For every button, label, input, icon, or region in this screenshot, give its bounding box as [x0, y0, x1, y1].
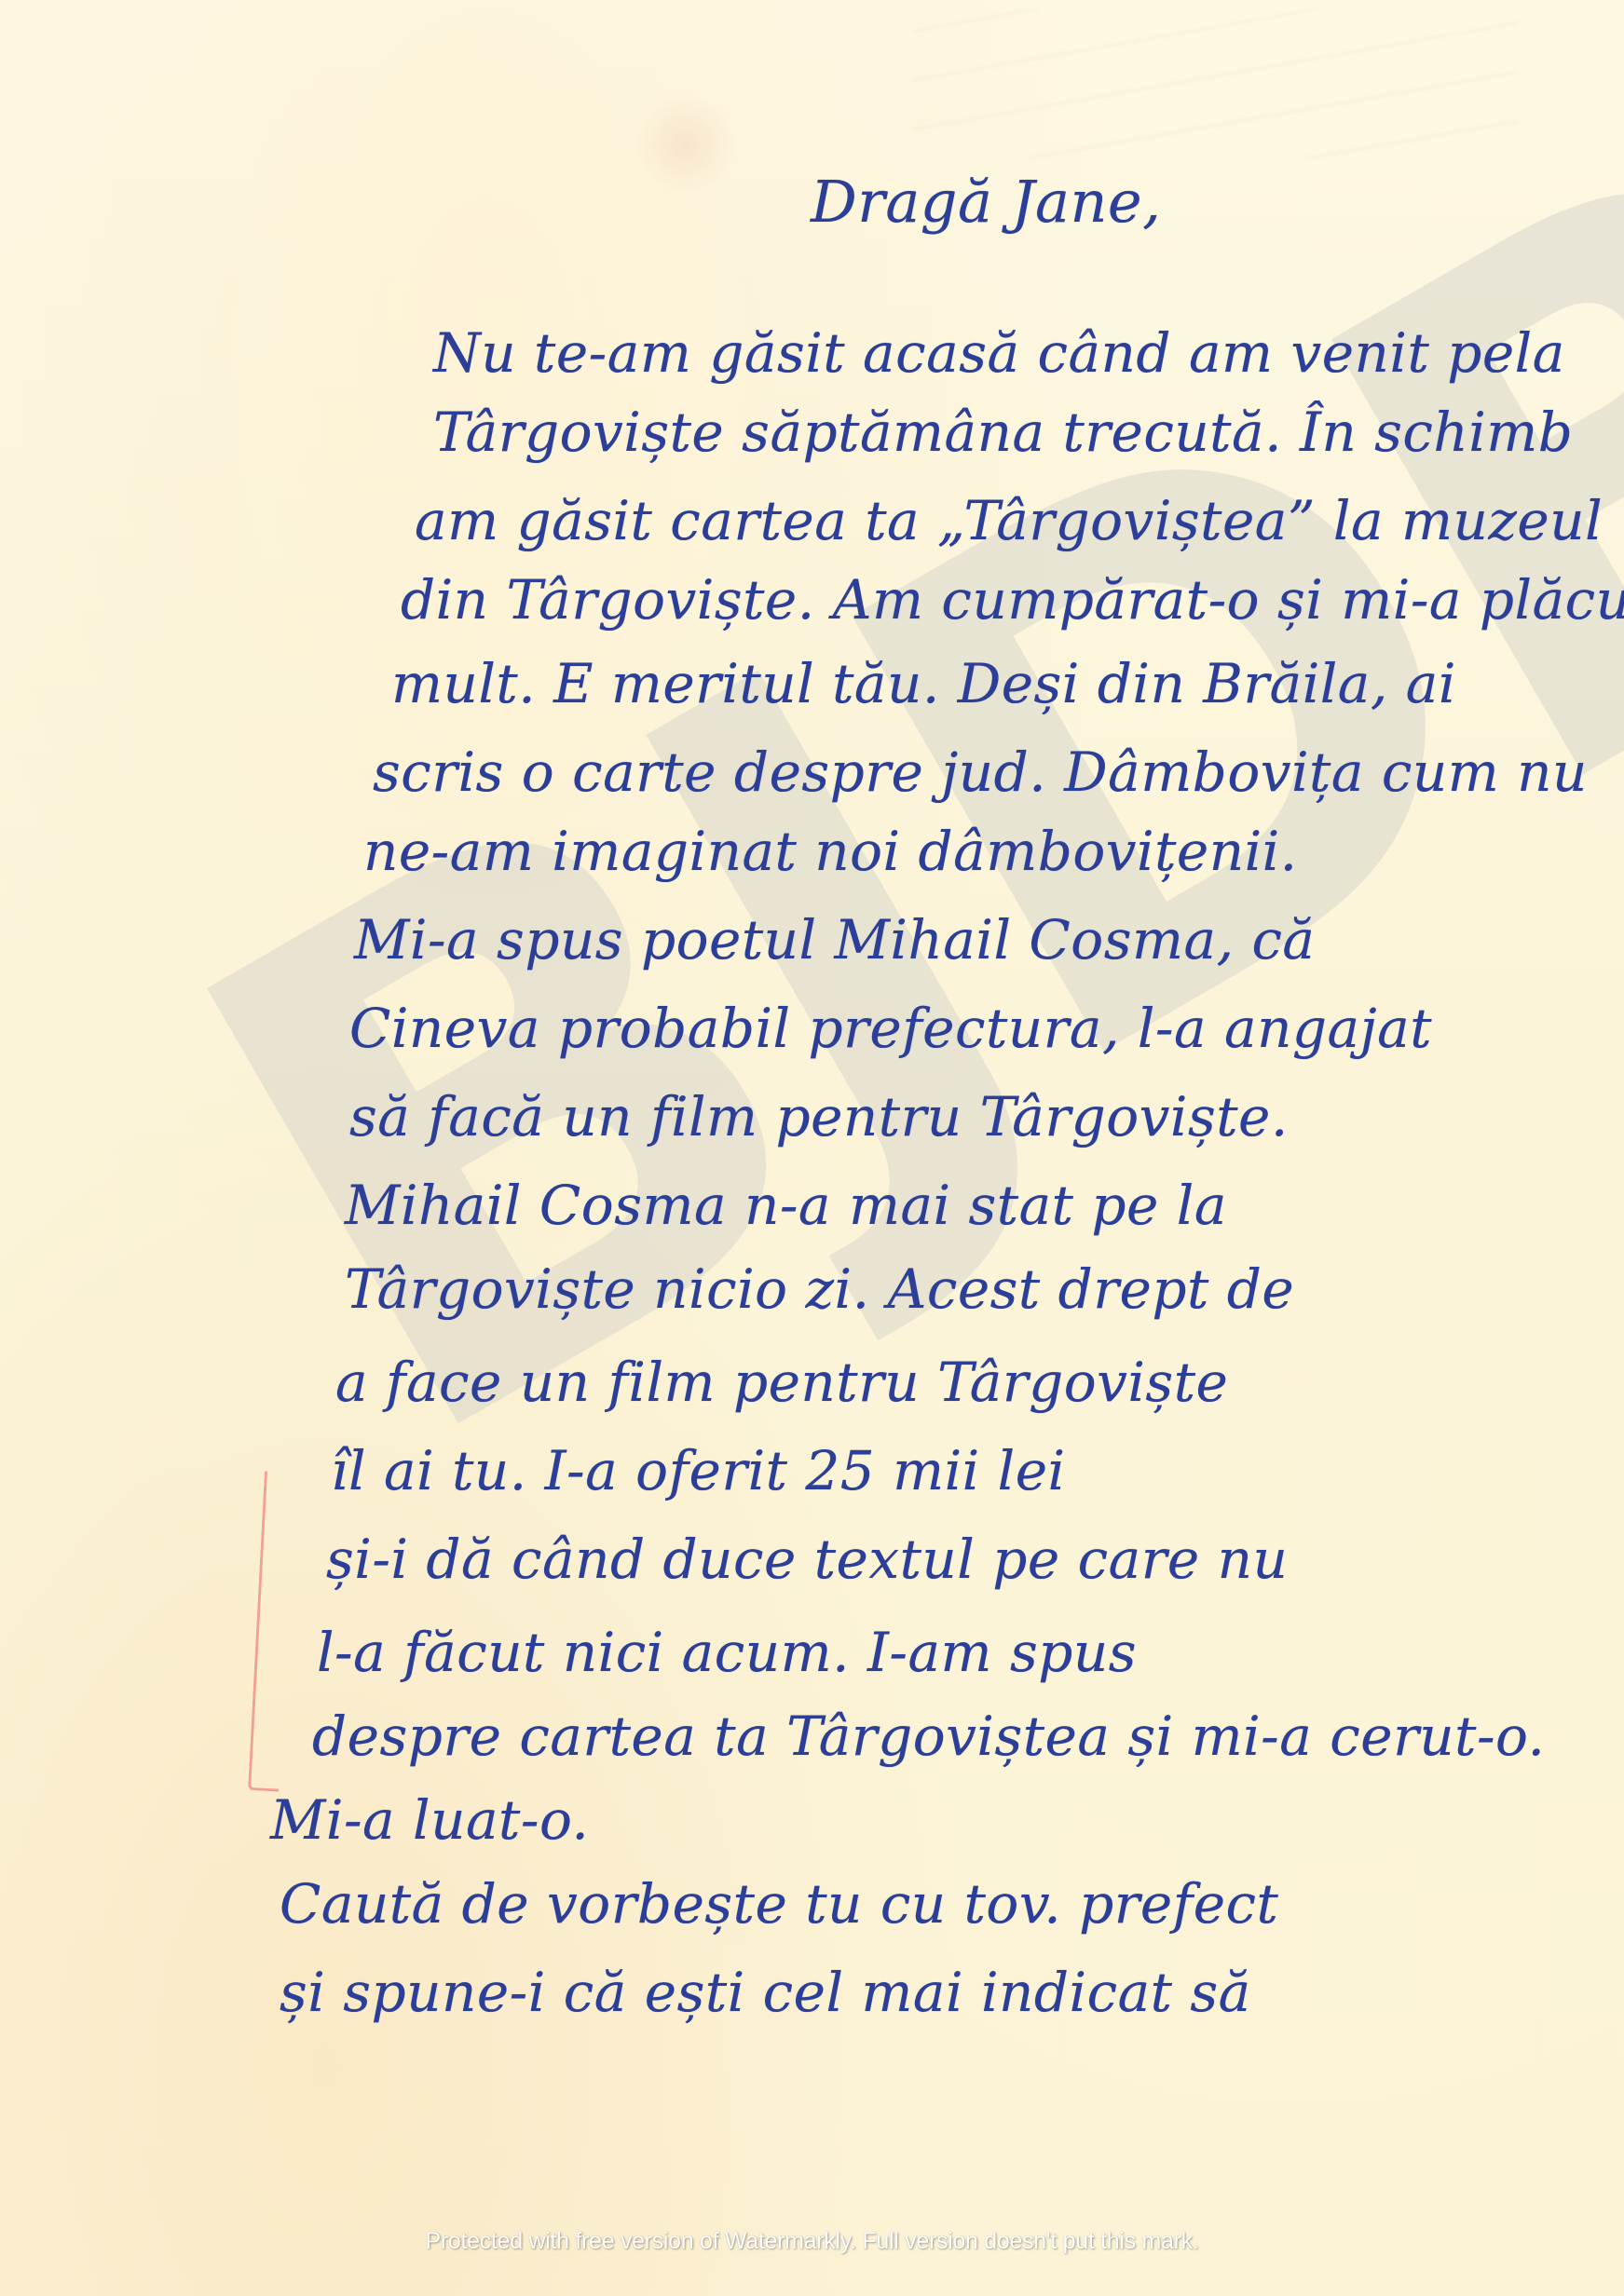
letter-greeting: Dragă Jane, — [811, 168, 1161, 236]
letter-line: a face un film pentru Târgoviște — [335, 1351, 1228, 1414]
letter-line: Mi-a spus poetul Mihail Cosma, că — [354, 908, 1316, 971]
bleed-through-text — [913, 9, 1519, 158]
letter-line: Mihail Cosma n-a mai stat pe la — [345, 1174, 1227, 1237]
letter-line: Mi-a luat-o. — [270, 1788, 589, 1852]
letter-line: Caută de vorbește tu cu tov. prefect — [280, 1872, 1278, 1936]
letter-line: ne-am imaginat noi dâmbovițenii. — [363, 820, 1298, 883]
letter-line: din Târgoviște. Am cumpărat-o și mi-a pl… — [401, 568, 1624, 632]
letter-line: îl ai tu. I-a oferit 25 mii lei — [331, 1439, 1066, 1502]
letter-line: am găsit cartea ta „Târgoviștea” la muze… — [415, 489, 1603, 552]
letter-line: Târgoviște săptămâna trecută. În schimb — [433, 401, 1573, 464]
letter-line: scris o carte despre jud. Dâmbovița cum … — [373, 740, 1588, 804]
paper-stain — [634, 93, 736, 196]
letter-line: și spune-i că ești cel mai indicat să — [280, 1961, 1251, 2024]
letter-line: Cineva probabil prefectura, l-a angajat — [349, 997, 1432, 1060]
letter-line: și-i dă când duce textul pe care nu — [326, 1528, 1288, 1591]
letter-line: despre cartea ta Târgoviștea și mi-a cer… — [312, 1705, 1545, 1768]
letter-line: mult. E meritul tău. Deși din Brăila, ai — [391, 652, 1456, 715]
letter-line: Nu te-am găsit acasă când am venit pela — [433, 321, 1565, 385]
letter-line: să facă un film pentru Târgoviște. — [349, 1085, 1289, 1148]
letter-line: l-a făcut nici acum. I-am spus — [317, 1621, 1137, 1684]
letter-line: Târgoviște nicio zi. Acest drept de — [345, 1257, 1294, 1321]
watermarkly-footer: Protected with free version of Watermark… — [0, 2228, 1624, 2255]
